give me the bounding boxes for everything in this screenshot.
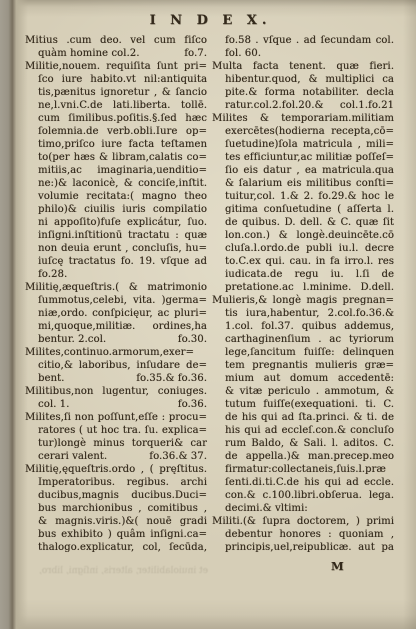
index-line-text: cerari valent. [38,450,107,463]
index-line: ne,l.vni.C.de lati.liberta. tollē. [25,99,207,112]
index-line: Militię,æqueſtris.( & matrimonio [25,281,207,294]
index-line: citio,& laboribus, inſudare de= [25,359,207,372]
index-line: Militi.(& ſupra doctorem, ) primi [212,515,394,528]
page-header: I N D E X. [0,13,416,28]
index-line: & vitæ periculo . ammotum, & [212,385,394,398]
index-line-text: bentur. 2.col. [38,333,106,346]
index-column-left: Mitius .cum deo. vel cum fiſcoquàm homin… [25,34,207,554]
index-line: ne:)& laconicè, & conciſe,inſtit. [25,177,207,190]
index-line: cluſa.l.ordo.de publi iu.l. decre [212,242,394,255]
index-line: Milites,continuo.armorum,exer= [25,346,207,359]
index-line: firmatur:collectaneis,ſuis.l.præ [212,463,394,476]
index-line: Milites,ſi non poſſunt,eſſe : procu= [25,411,207,424]
index-line: thalogo.explicatur, col, ſecūda, [25,541,207,554]
index-line: inſigni.inſtitionū tractatu : quæ [25,229,207,242]
index-line: rum Baldo, & Sali. l. aditos. C. [212,437,394,450]
index-line: Militię,ęqueſtris.ordo , ( pręſtitus. [25,463,207,476]
index-line: mitiis,ac imaginaria,uenditio= [25,164,207,177]
index-line: volumie recitata:( magno theo [25,190,207,203]
index-line: con.& c.100.libri.obſerua. lega. [212,489,394,502]
index-line: decimi.& vltimi: [212,502,394,515]
index-column-right: fo.58 . vſque . ad ſecundam col.fol. 60.… [212,34,394,554]
index-line: bus marchionibus , comitibus , [25,502,207,515]
index-line: tem pregnantis mulieris græ= [212,359,394,372]
folio-reference: fo.36. [178,398,207,411]
index-line: ſummotus,celebi, vita. )germa= [25,294,207,307]
index-line: bent.fo.35.& fo.36. [25,372,207,385]
index-columns: Mitius .cum deo. vel cum fiſcoquàm homin… [25,34,394,554]
index-line: exercētes(hodierna recepta,cō= [212,125,394,138]
index-line: col. 1.fo.36. [25,398,207,411]
index-line: tis iura,habentur, 2.col.fo.36.& [212,307,394,320]
index-line: tis,pænitus ignoretur , & ſancio [25,86,207,99]
index-line: de his qui ad ſta.princi. & ti. de [212,411,394,424]
index-line: Militie,nouem. requiſita ſunt pri= [25,60,207,73]
index-line: bentur. 2.col.fo.30. [25,333,207,346]
index-line: ni appoſito)fuſe explicátur, ſuo. [25,216,207,229]
index-line: fo.28. [25,268,207,281]
index-line: mium aut domum accedentē: [212,372,394,385]
index-line: mi,quoque,militiæ. ordines,ha [25,320,207,333]
index-line: philo)& ciuilis iuris compilatio [25,203,207,216]
index-line: de quibus. D. dell. & C. quæ ſit [212,216,394,229]
index-line: ſenti.di.ti.C.de his qui ad eccle. [212,476,394,489]
index-line: ſco iure habito.vt nil:antiquita [25,73,207,86]
folio-reference: fo.35.& fo.36. [136,372,207,385]
index-line-text: bent. [38,372,64,385]
signature-mark: M [331,559,344,573]
index-line: & ſalarium eis militibus conſti= [212,177,394,190]
folio-reference: fo.36.& 37. [149,450,207,463]
index-line: Mitius .cum deo. vel cum fiſco [25,34,207,47]
index-line: tur)longè minus torqueri& car [25,437,207,450]
index-line: niæ,ordo. conſpicięur, ac pluri= [25,307,207,320]
binding-gutter-edge [0,0,28,629]
index-line: ratores ( ut hoc tra. ſu. explica= [25,424,207,437]
index-line: ſolemnia.de verb.obli.Iure op= [25,125,207,138]
folio-reference: fo.7. [184,47,207,60]
index-line: non deuia erunt , concluſis, hu= [25,242,207,255]
index-line: ducibus,magnis ducibus.Duci= [25,489,207,502]
index-line: pretatione.ac l.minime. D.dell. [212,281,394,294]
index-line: Mulieris,& longè magis pregnan= [212,294,394,307]
index-line: 1.col. fol.37. quibus addemus, [212,320,394,333]
index-line: fol. 60. [212,47,394,60]
index-line: ſuetudine)ſola matricula , mili= [212,138,394,151]
index-line: pite.& forma notabiliter. decla [212,86,394,99]
index-line: principis,uel,reipublicæ. aut pa [212,541,394,554]
index-line: ratur.col.2.fol.20.& col.1.fo.21 [212,99,394,112]
index-line: iudicata.de regu iu. l.ſi de inter= [212,268,394,281]
index-line: lon.con.) & longè.deuincēte.cō [212,229,394,242]
index-line: carthaginenſium . ac tyriorum [212,333,394,346]
index-line: Militibus,non lugentur, coniuges. [25,385,207,398]
index-line: his qui ad eccleſ.con.& concluſo [212,424,394,437]
index-line: bus exhibito ) quâm inſigni.ca= [25,528,207,541]
index-line: de appella.)& man.precep.meo [212,450,394,463]
bleed-through-text: et inuiolabiliter, alteris, inſigni, lib… [36,566,208,576]
index-line: lege,ſancitum fuiſſe: delinquen [212,346,394,359]
folio-reference: fo.30. [178,333,207,346]
book-page-scan: I N D E X. Mitius .cum deo. vel cum fiſc… [0,0,416,629]
index-line: to(per hæs & libram,calatis co= [25,151,207,164]
index-line: tes efficiuntur,ac militiæ poſſeſ= [212,151,394,164]
index-line: tutum fuiſſe(exequationi. ti. C. [212,398,394,411]
index-line: tuitur,col. 1.& 2. fo.29.& hoc le [212,190,394,203]
index-line: & magnis.viris.)&( nouē gradi [25,515,207,528]
index-line: ſio eis datur , ea matricula.qua [212,164,394,177]
index-line: hibentur.quod, & multiplici ca [212,73,394,86]
index-line: cerari valent.fo.36.& 37. [25,450,207,463]
index-line: to.C.ex qui. cau. in fa irro.l. res [212,255,394,268]
index-line: Imperatoribus. regibus. archi [25,476,207,489]
index-line-text: quàm homine col.2. [38,47,139,60]
index-line: Milites & temporariam.militiam [212,112,394,125]
index-line: iuſcę tractatus fo. 19. vſque ad [25,255,207,268]
index-line: gitima conſuetudine ( aſſerta l. [212,203,394,216]
index-line: Multa facta tenent. quæ fieri. pro= [212,60,394,73]
index-line: quàm homine col.2.fo.7. [25,47,207,60]
index-line-text: col. 1. [38,398,69,411]
index-line: fo.58 . vſque . ad ſecundam col. [212,34,394,47]
index-line: timo,priſco iure facta teſtamen [25,138,207,151]
index-line: debentur honores : quoniam , [212,528,394,541]
index-line: cum ſimilibus.poſitis.§.ſed hæc [25,112,207,125]
